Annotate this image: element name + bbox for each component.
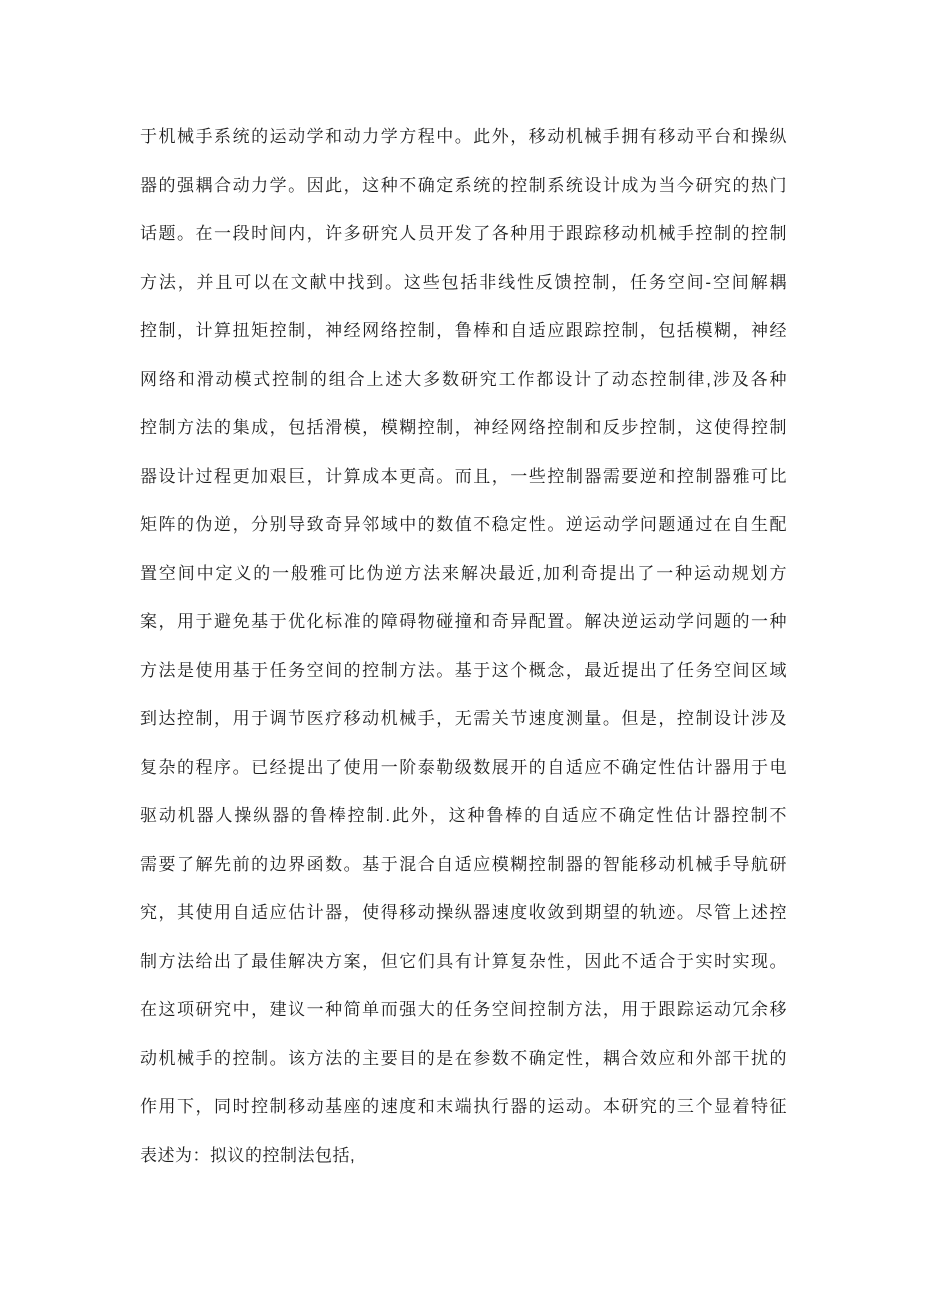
- text-line: 制方法给出了最佳解决方案，但它们具有计算复杂性，因此不适合于实时实现。: [140, 938, 787, 987]
- text-line: 需要了解先前的边界函数。基于混合自适应模糊控制器的智能移动机械手导航研: [140, 841, 787, 890]
- text-line: 方法是使用基于任务空间的控制方法。基于这个概念，最近提出了任务空间区域: [140, 647, 787, 696]
- text-line: 矩阵的伪逆，分别导致奇异邻域中的数值不稳定性。逆运动学问题通过在自生配: [140, 501, 787, 550]
- text-line: 动机械手的控制。该方法的主要目的是在参数不确定性，耦合效应和外部干扰的: [140, 1035, 787, 1084]
- text-line: 置空间中定义的一般雅可比伪逆方法来解决最近,加利奇提出了一种运动规划方: [140, 550, 787, 599]
- text-line: 控制，计算扭矩控制，神经网络控制，鲁棒和自适应跟踪控制，包括模糊，神经: [140, 307, 787, 356]
- document-page: 于机械手系统的运动学和动力学方程中。此外，移动机械手拥有移动平台和操纵 器的强耦…: [0, 0, 926, 1309]
- text-line: 器设计过程更加艰巨，计算成本更高。而且，一些控制器需要逆和控制器雅可比: [140, 453, 787, 502]
- text-line: 网络和滑动模式控制的组合上述大多数研究工作都设计了动态控制律,涉及各种: [140, 356, 787, 405]
- text-line: 到达控制，用于调节医疗移动机械手，无需关节速度测量。但是，控制设计涉及: [140, 695, 787, 744]
- text-line: 究，其使用自适应估计器，使得移动操纵器速度收敛到期望的轨迹。尽管上述控: [140, 889, 787, 938]
- text-line: 驱动机器人操纵器的鲁棒控制.此外，这种鲁棒的自适应不确定性估计器控制不: [140, 792, 787, 841]
- text-line: 在这项研究中，建议一种简单而强大的任务空间控制方法，用于跟踪运动冗余移: [140, 986, 787, 1035]
- text-line: 表述为：拟议的控制法包括,: [140, 1132, 787, 1181]
- text-line: 复杂的程序。已经提出了使用一阶泰勒级数展开的自适应不确定性估计器用于电: [140, 744, 787, 793]
- text-line: 话题。在一段时间内，许多研究人员开发了各种用于跟踪移动机械手控制的控制: [140, 210, 787, 259]
- text-line: 案，用于避免基于优化标准的障碍物碰撞和奇异配置。解决逆运动学问题的一种: [140, 598, 787, 647]
- text-line: 器的强耦合动力学。因此，这种不确定系统的控制系统设计成为当今研究的热门: [140, 162, 787, 211]
- text-line: 作用下，同时控制移动基座的速度和末端执行器的运动。本研究的三个显着特征: [140, 1083, 787, 1132]
- text-line: 方法，并且可以在文献中找到。这些包括非线性反馈控制，任务空间-空间解耦: [140, 259, 787, 308]
- paragraph: 于机械手系统的运动学和动力学方程中。此外，移动机械手拥有移动平台和操纵 器的强耦…: [140, 113, 787, 1180]
- text-line: 于机械手系统的运动学和动力学方程中。此外，移动机械手拥有移动平台和操纵: [140, 113, 787, 162]
- text-line: 控制方法的集成，包括滑模，模糊控制，神经网络控制和反步控制，这使得控制: [140, 404, 787, 453]
